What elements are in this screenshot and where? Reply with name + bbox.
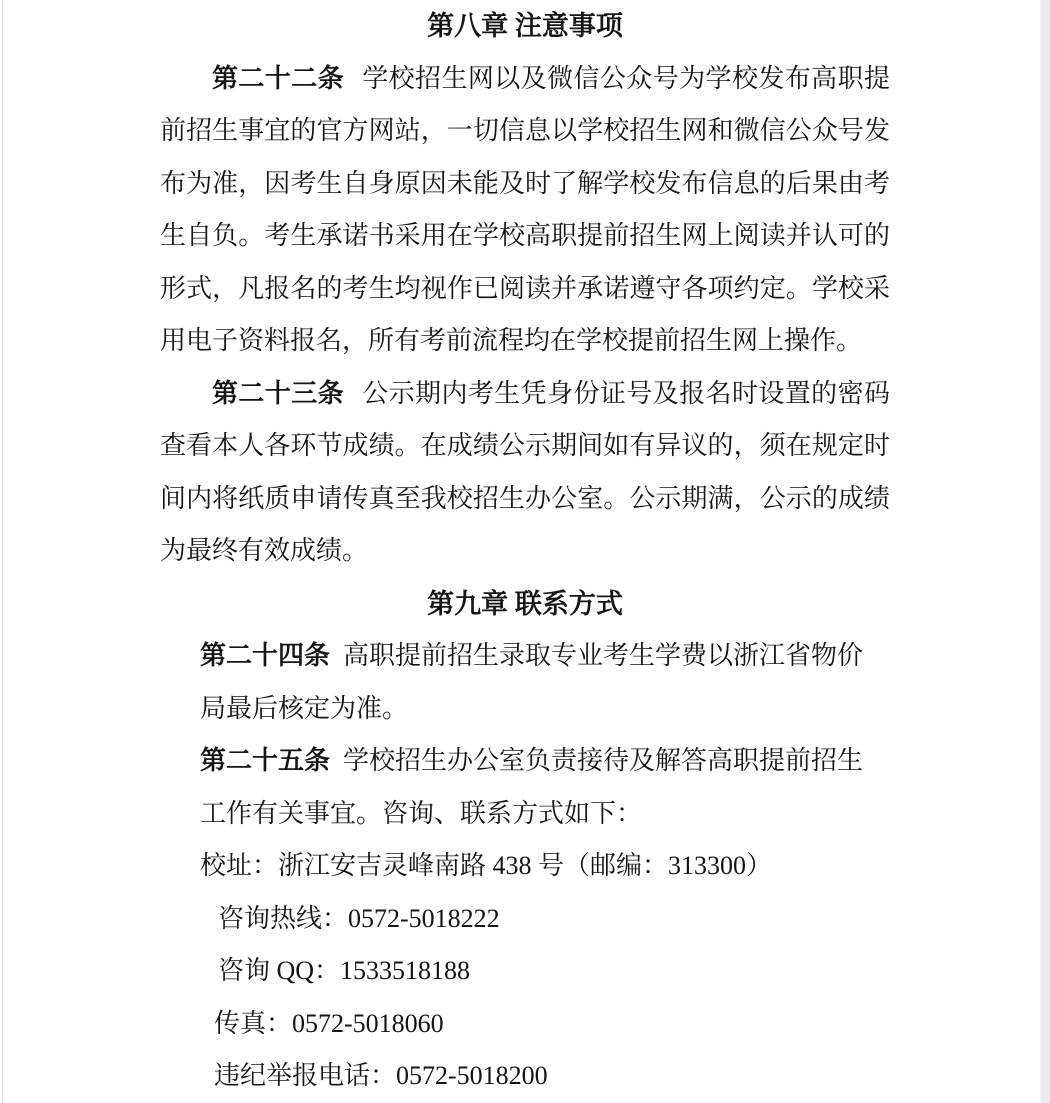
article-22-number: 第二十二条 — [212, 64, 344, 93]
document-body: 第八章 注意事项 第二十二条学校招生网以及微信公众号为学校发布高职提 前招生事宜… — [160, 0, 890, 1103]
article-22-line-6: 用电子资料报名，所有考前流程均在学校提前招生网上操作。 — [160, 315, 890, 368]
article-22-line-1: 第二十二条学校招生网以及微信公众号为学校发布高职提 — [160, 53, 890, 106]
contact-qq: 咨询 QQ：1533518188 — [160, 945, 890, 998]
article-22-text-1: 学校招生网以及微信公众号为学校发布高职提 — [362, 64, 890, 93]
page-right-edge-strip — [1040, 0, 1050, 1103]
contact-report-phone: 违纪举报电话：0572-5018200 — [160, 1050, 890, 1103]
chapter-9-heading: 第九章 联系方式 — [160, 578, 890, 631]
article-22-line-2: 前招生事宜的官方网站，一切信息以学校招生网和微信公众号发 — [160, 105, 890, 158]
article-22-line-3: 布为准，因考生自身原因未能及时了解学校发布信息的后果由考 — [160, 158, 890, 211]
article-25-number: 第二十五条 — [200, 746, 330, 775]
document-page: 第八章 注意事项 第二十二条学校招生网以及微信公众号为学校发布高职提 前招生事宜… — [0, 0, 1050, 1103]
article-22-line-4: 生自负。考生承诺书采用在学校高职提前招生网上阅读并认可的 — [160, 210, 890, 263]
article-25-line-1: 第二十五条学校招生办公室负责接待及解答高职提前招生 — [160, 735, 890, 788]
contact-hotline: 咨询热线：0572-5018222 — [160, 893, 890, 946]
article-23-text-1: 公示期内考生凭身份证号及报名时设置的密码 — [362, 379, 890, 408]
article-23-line-4: 为最终有效成绩。 — [160, 525, 890, 578]
article-24-number: 第二十四条 — [200, 641, 330, 670]
chapter-8-heading: 第八章 注意事项 — [160, 0, 890, 53]
article-22-line-5: 形式，凡报名的考生均视作已阅读并承诺遵守各项约定。学校采 — [160, 263, 890, 316]
article-25-text-1: 学校招生办公室负责接待及解答高职提前招生 — [343, 746, 863, 775]
article-23-number: 第二十三条 — [212, 379, 344, 408]
article-24-text-1: 高职提前招生录取专业考生学费以浙江省物价 — [343, 641, 863, 670]
page-left-border — [2, 0, 3, 1103]
article-23-line-1: 第二十三条公示期内考生凭身份证号及报名时设置的密码 — [160, 368, 890, 421]
article-24-line-1: 第二十四条高职提前招生录取专业考生学费以浙江省物价 — [160, 630, 890, 683]
contact-address: 校址：浙江安吉灵峰南路 438 号（邮编：313300） — [160, 840, 890, 893]
contact-fax: 传真：0572-5018060 — [160, 998, 890, 1051]
article-23-line-2: 查看本人各环节成绩。在成绩公示期间如有异议的，须在规定时 — [160, 420, 890, 473]
article-24-line-2: 局最后核定为准。 — [160, 683, 890, 736]
article-23-line-3: 间内将纸质申请传真至我校招生办公室。公示期满，公示的成绩 — [160, 473, 890, 526]
article-25-line-2: 工作有关事宜。咨询、联系方式如下： — [160, 788, 890, 841]
